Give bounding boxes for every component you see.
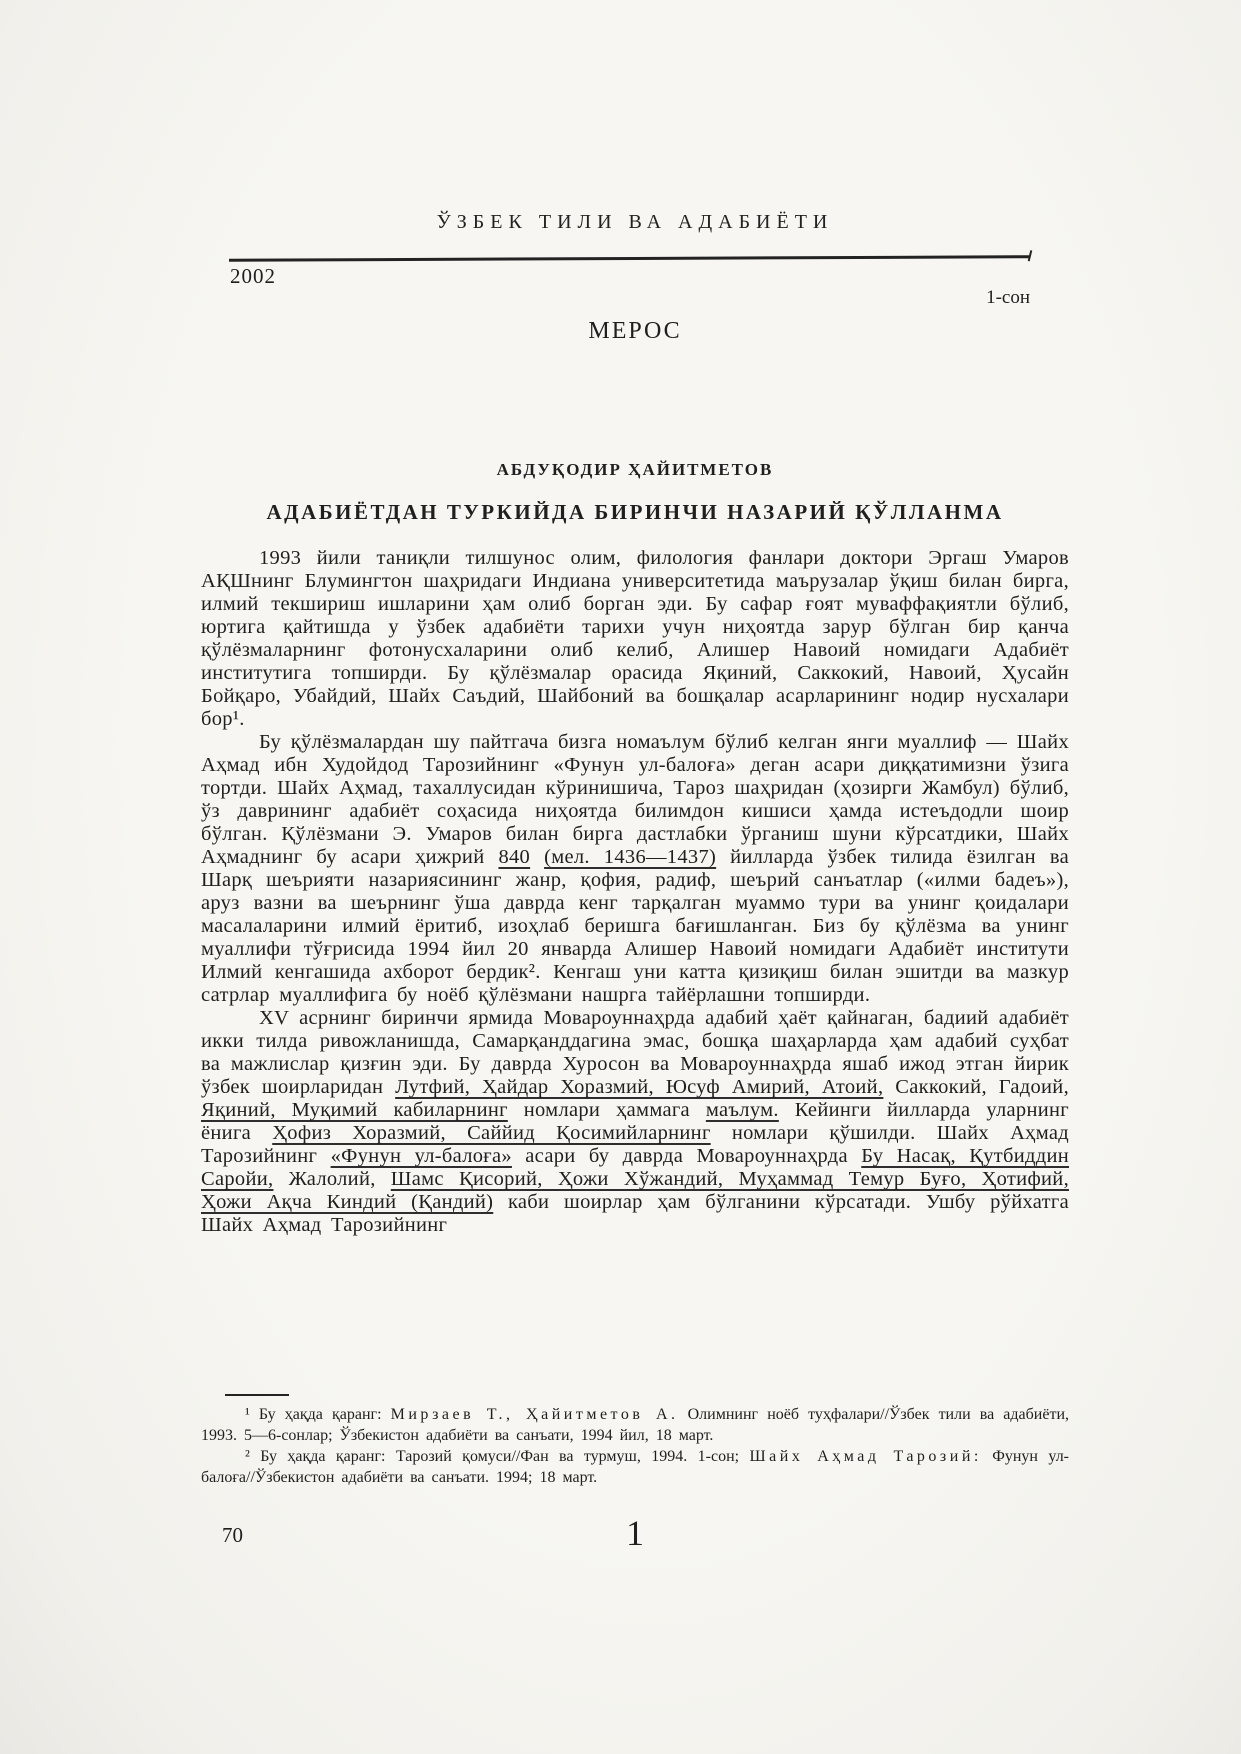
text-segment: ² Бу ҳақда қаранг: Тарозий қомуси//Фан в…: [245, 1448, 750, 1465]
article-title: АДАБИЁТДАН ТУРКИЙДА БИРИНЧИ НАЗАРИЙ ҚЎЛЛ…: [201, 500, 1069, 525]
underlined-text: 840: [498, 846, 530, 868]
article-author: АБДУҚОДИР ҲАЙИТМЕТОВ: [201, 460, 1069, 480]
footnotes: ¹ Бу ҳақда қаранг: Мирзаев Т., Ҳайитмето…: [201, 1404, 1069, 1488]
issue-label: 1-сон: [880, 287, 1030, 309]
text-segment: Саккокий, Гадоий,: [883, 1076, 1069, 1098]
scanned-journal-page: ЎЗБЕК ТИЛИ ВА АДАБИЁТИ 2002 1-сон МЕРОС …: [0, 0, 1241, 1754]
footnote: ² Бу ҳақда қаранг: Тарозий қомуси//Фан в…: [201, 1446, 1069, 1488]
footnote-separator: [225, 1394, 289, 1396]
paragraph: Бу қўлёзмалардан шу пайтгача бизга номаъ…: [201, 731, 1069, 1007]
text-segment: ¹ Бу ҳақда қаранг:: [245, 1406, 391, 1423]
paragraph: XV асрнинг биринчи ярмида Мовароуннаҳрда…: [201, 1007, 1069, 1237]
underlined-text: (мел. 1436—1437): [544, 846, 716, 868]
publication-year: 2002: [230, 264, 276, 289]
text-segment: йилларда ўзбек тилида ёзилган ва Шарқ ше…: [201, 846, 1069, 1006]
section-heading: МЕРОС: [201, 318, 1069, 345]
text-segment: [530, 846, 544, 868]
underlined-text: Яқиний, Муқимий кабиларнинг: [201, 1099, 508, 1121]
footnote: ¹ Бу ҳақда қаранг: Мирзаев Т., Ҳайитмето…: [201, 1404, 1069, 1446]
spaced-reference-text: Шайх Аҳмад Тарозий:: [750, 1448, 982, 1465]
spaced-reference-text: Мирзаев Т., Ҳайитметов А.: [391, 1406, 679, 1423]
text-segment: Жалолий,: [273, 1168, 390, 1190]
text-segment: номлари ҳаммага: [508, 1099, 706, 1121]
underlined-text: Ҳофиз Хоразмий, Саййид Қосимийларнинг: [272, 1122, 710, 1144]
underlined-text: «Фунун ул-балоға»: [331, 1145, 512, 1167]
underlined-text: Лутфий, Ҳайдар Хоразмий, Юсуф Амирий, Ат…: [395, 1076, 883, 1098]
paragraph: 1993 йили таниқли тилшунос олим, филолог…: [201, 547, 1069, 731]
text-segment: 1993 йили таниқли тилшунос олим, филолог…: [201, 547, 1069, 730]
sheet-number: 1: [201, 1512, 1069, 1554]
masthead-rule: [229, 255, 1029, 261]
text-segment: асари бу даврда Мовароуннаҳрда: [512, 1145, 861, 1167]
journal-title: ЎЗБЕК ТИЛИ ВА АДАБИЁТИ: [201, 211, 1069, 234]
article-body: 1993 йили таниқли тилшунос олим, филолог…: [201, 547, 1069, 1237]
underlined-text: маълум.: [706, 1099, 779, 1121]
